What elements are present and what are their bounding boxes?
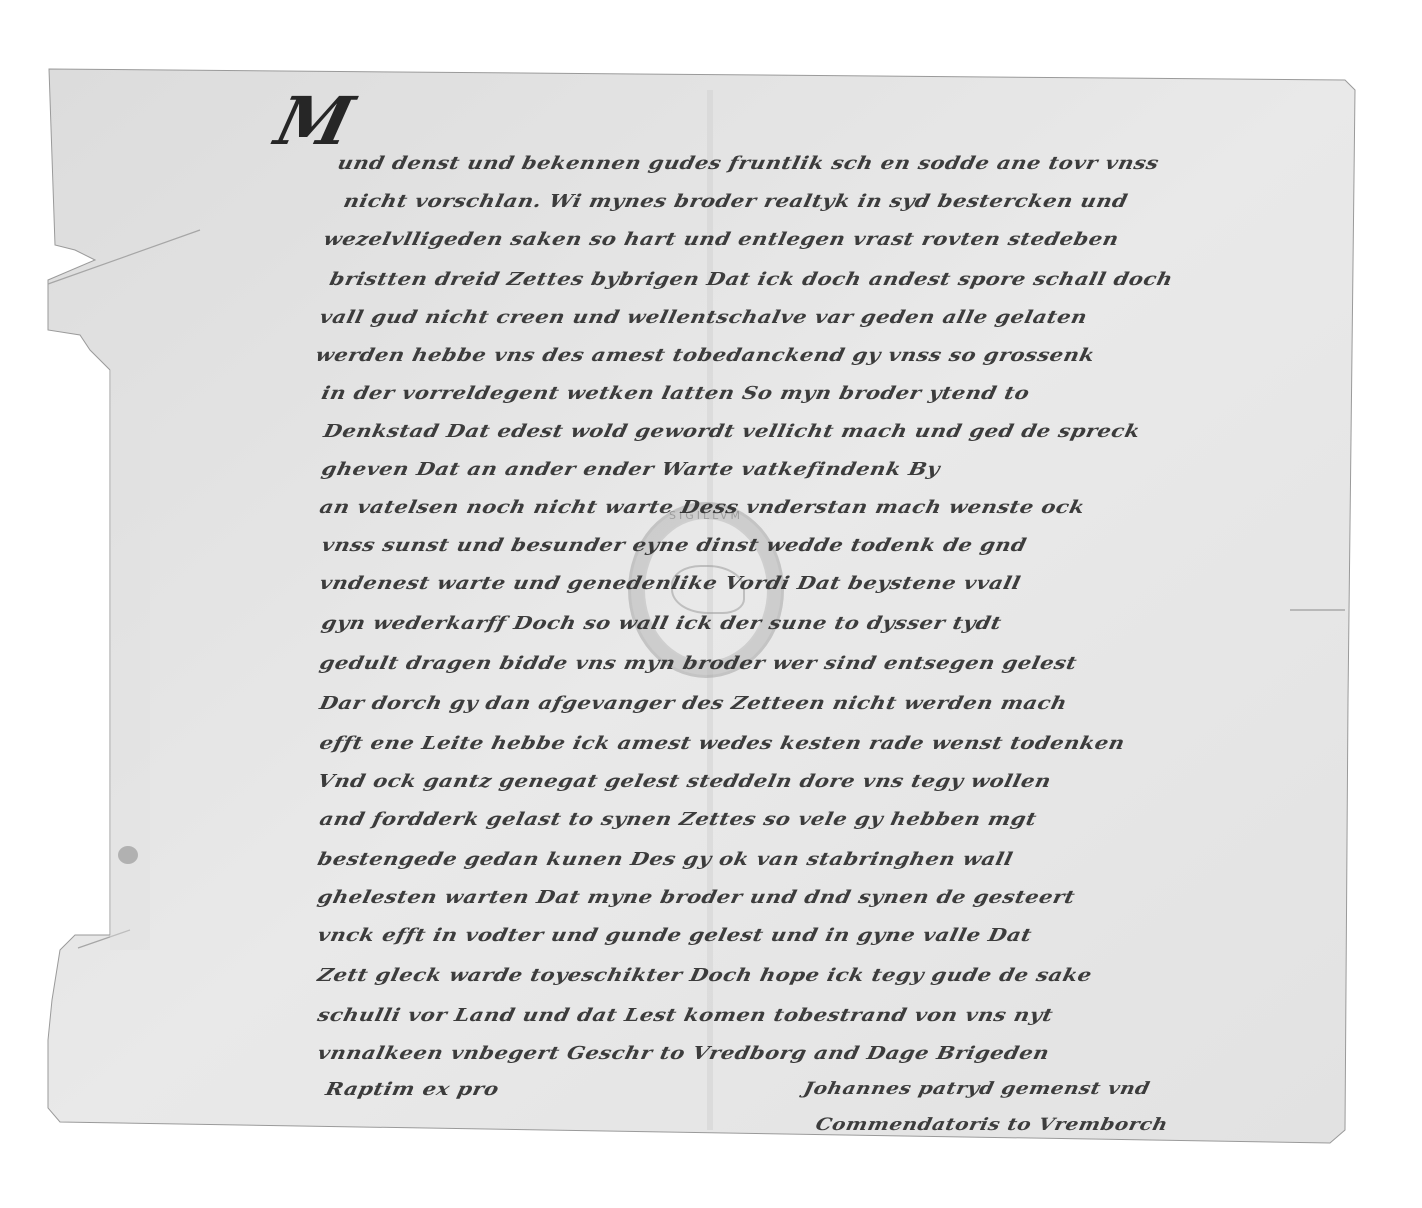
text-line-11: vnss sunst und besunder eyne dinst wedde… — [320, 534, 1029, 555]
text-line-18: and fordderk gelast to synen Zettes so v… — [318, 808, 1039, 829]
text-line-19: bestengede gedan kunen Des gy ok van sta… — [316, 848, 1015, 869]
text-line-25: Raptim ex pro — [324, 1078, 501, 1099]
handwritten-text: M und denst und bekennen gudes fruntlik … — [0, 0, 1422, 1208]
decorated-initial: M — [270, 88, 360, 154]
text-line-7: in der vorreldegent wetken latten So myn… — [320, 382, 1032, 403]
text-line-6: werden hebbe vns des amest tobedanckend … — [314, 344, 1097, 365]
text-line-23: schulli vor Land und dat Lest komen tobe… — [316, 1004, 1055, 1025]
text-line-17: Vnd ock gantz genegat gelest steddeln do… — [316, 770, 1054, 791]
text-line-20: ghelesten warten Dat myne broder und dnd… — [316, 886, 1078, 907]
text-line-14: gedult dragen bidde vns myn broder wer s… — [318, 652, 1079, 673]
manuscript-page: SIGILLVM M und denst und bekennen gudes … — [0, 0, 1422, 1208]
text-line-2: nicht vorschlan. Wi mynes broder realtyk… — [342, 190, 1130, 211]
text-line-9: gheven Dat an ander ender Warte vatkefin… — [320, 458, 942, 479]
signature-line-2: Commendatoris to Vremborch — [814, 1114, 1170, 1134]
text-line-10: an vatelsen noch nicht warte Dess vnders… — [318, 496, 1087, 517]
text-line-16: efft ene Leite hebbe ick amest wedes kes… — [318, 732, 1127, 753]
text-line-5: vall gud nicht creen und wellentschalve … — [318, 306, 1090, 327]
text-line-4: bristten dreid Zettes bybrigen Dat ick d… — [328, 268, 1175, 289]
text-line-21: vnck efft in vodter und gunde gelest und… — [316, 924, 1034, 945]
text-line-1: und denst und bekennen gudes fruntlik sc… — [336, 152, 1161, 173]
text-line-13: gyn wederkarff Doch so wall ick der sune… — [320, 612, 1004, 633]
signature-line-1: Johannes patryd gemenst vnd — [802, 1078, 1152, 1098]
text-line-12: vndenest warte und genedenlike Vordi Dat… — [318, 572, 1023, 593]
text-line-22: Zett gleck warde toyeschikter Doch hope … — [316, 964, 1094, 985]
text-line-15: Dar dorch gy dan afgevanger des Zetteen … — [318, 692, 1069, 713]
text-line-8: Denkstad Dat edest wold gewordt vellicht… — [322, 420, 1143, 441]
text-line-3: wezelvlligeden saken so hart und entlege… — [322, 228, 1121, 249]
text-line-24: vnnalkeen vnbegert Geschr to Vredborg an… — [316, 1042, 1052, 1063]
